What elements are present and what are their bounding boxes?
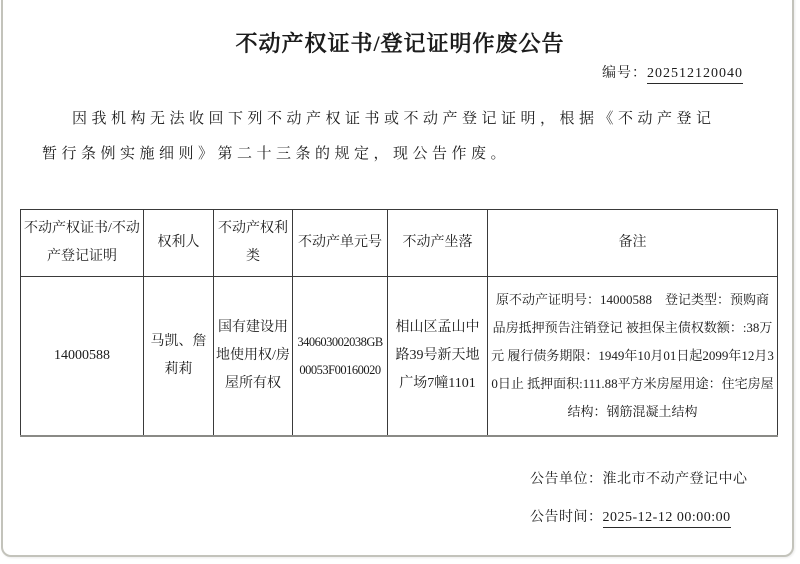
cell-right-type: 国有建设用地使用权/房屋所有权 (214, 277, 293, 436)
announcement-time-value: 2025-12-12 00:00:00 (603, 510, 731, 528)
col-header-right-type: 不动产权利类 (214, 210, 293, 277)
announcement-unit-value: 淮北市不动产登记中心 (603, 472, 748, 487)
col-header-remark: 备注 (488, 210, 778, 277)
announcement-unit-line: 公告单位：淮北市不动产登记中心 (530, 468, 748, 488)
cell-right-holder: 马凯、詹莉莉 (144, 277, 214, 436)
announcement-time-label: 公告时间： (530, 510, 603, 525)
notice-body: 因我机构无法收回下列不动产权证书或不动产登记证明，根据《不动产登记 暂行条例实施… (42, 102, 760, 172)
cell-unit-no: 340603002038GB00053F00160020 (293, 277, 388, 436)
certificates-table: 不动产权证书/不动产登记证明 权利人 不动产权利类 不动产单元号 不动产坐落 备… (20, 209, 778, 437)
col-header-certificate-no: 不动产权证书/不动产登记证明 (21, 210, 144, 277)
notice-number-line: 编号：202512120040 (602, 62, 743, 82)
col-header-location: 不动产坐落 (388, 210, 488, 277)
table-row: 14000588 马凯、詹莉莉 国有建设用地使用权/房屋所有权 34060300… (21, 277, 778, 436)
cell-certificate-no: 14000588 (21, 277, 144, 436)
announcement-time-line: 公告时间：2025-12-12 00:00:00 (530, 506, 731, 526)
cell-remark: 原不动产证明号：14000588 登记类型：预购商品房抵押预告注销登记 被担保主… (488, 277, 778, 436)
col-header-unit-no: 不动产单元号 (293, 210, 388, 277)
page-title: 不动产权证书/登记证明作废公告 (0, 27, 800, 58)
notice-number-label: 编号： (602, 66, 647, 81)
announcement-unit-label: 公告单位： (530, 472, 603, 487)
cell-location: 相山区孟山中路39号新天地广场7幢1101 (388, 277, 488, 436)
col-header-right-holder: 权利人 (144, 210, 214, 277)
notice-body-line-1: 因我机构无法收回下列不动产权证书或不动产登记证明，根据《不动产登记 (42, 102, 760, 137)
table-header-row: 不动产权证书/不动产登记证明 权利人 不动产权利类 不动产单元号 不动产坐落 备… (21, 210, 778, 277)
notice-body-line-2: 暂行条例实施细则》第二十三条的规定，现公告作废。 (42, 137, 760, 172)
notice-number-value: 202512120040 (647, 66, 743, 84)
